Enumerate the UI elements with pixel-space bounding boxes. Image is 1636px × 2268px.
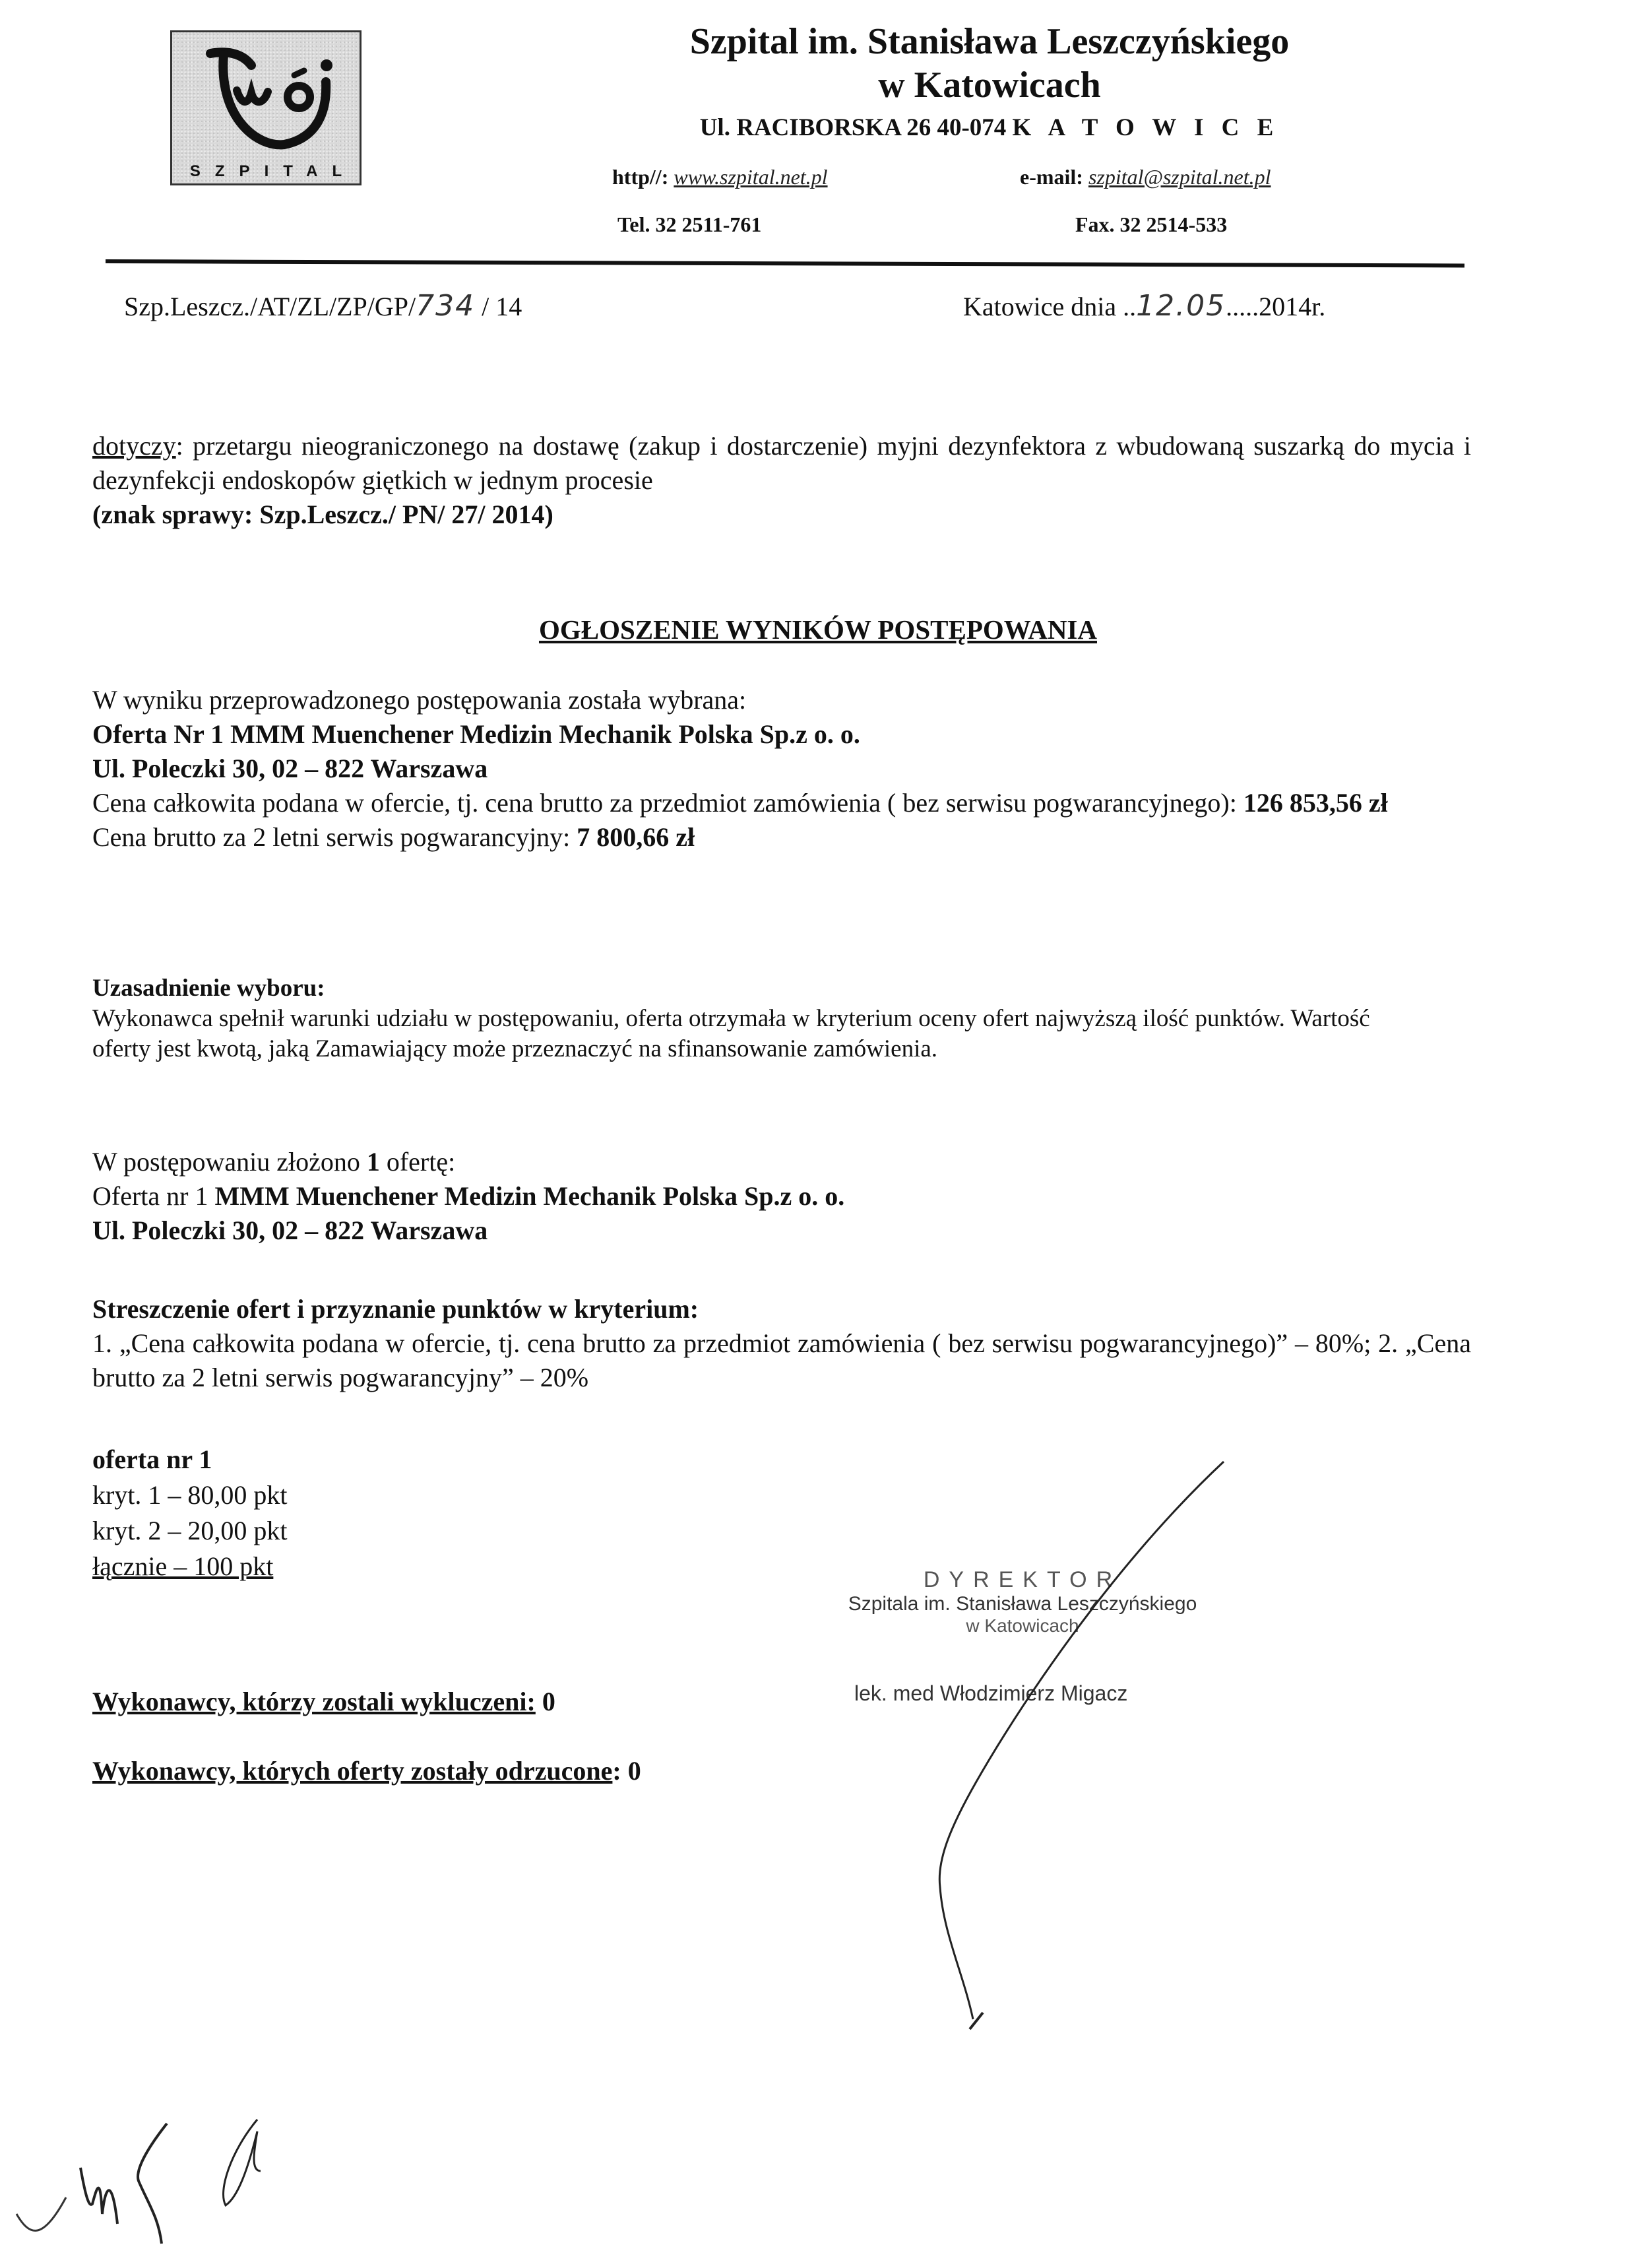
stamp-organization: Szpitala im. Stanisława Leszczyńskiego [818, 1593, 1227, 1615]
score-row: kryt. 1 – 80,00 pkt [92, 1477, 1471, 1513]
price-label: Cena całkowita podana w ofercie, tj. cen… [92, 788, 1243, 818]
signature-strokes-icon [0, 0, 1636, 2268]
reference-suffix: / 14 [475, 292, 522, 321]
result-intro: W wyniku przeprowadzonego postępowania z… [92, 683, 1471, 717]
subject-label: dotyczy [92, 431, 176, 461]
logo-wordmark: SZPITAL [172, 162, 360, 181]
twoj-smile-icon [185, 39, 350, 158]
stamp-person: lek. med Włodzimierz Migacz [818, 1681, 1227, 1706]
date-prefix: Katowice dnia .. [963, 292, 1136, 321]
case-number: (znak sprawy: Szp.Leszcz./ PN/ 27/ 2014) [92, 498, 1471, 532]
submitted-offer-address: Ul. Poleczki 30, 02 – 822 Warszawa [92, 1214, 1471, 1248]
submitted-intro: W postępowaniu złożono [92, 1147, 367, 1177]
service-price-label: Cena brutto za 2 letni serwis pogwarancy… [92, 822, 577, 852]
score-total: łącznie – 100 pkt [92, 1549, 1471, 1584]
selected-offer: Oferta Nr 1 MMM Muenchener Medizin Mecha… [92, 717, 1471, 752]
subject-text: : przetargu nieograniczonego na dostawę … [92, 431, 1471, 495]
hospital-name-line1: Szpital im. Stanisława Leszczyńskiego [594, 20, 1385, 63]
justification-section: Uzasadnienie wyboru: Wykonawca spełnił w… [92, 973, 1471, 1064]
address-city: K A T O W I C E [1013, 114, 1280, 141]
criteria-summary-section: Streszczenie ofert i przyznanie punktów … [92, 1292, 1471, 1395]
handwritten-date: 12.05 [1136, 289, 1226, 323]
stamp-title: DYREKTOR [818, 1567, 1227, 1593]
selected-offer-section: W wyniku przeprowadzonego postępowania z… [92, 683, 1471, 855]
submitted-offer-company: MMM Muenchener Medizin Mechanik Polska S… [214, 1181, 844, 1211]
score-row: kryt. 2 – 20,00 pkt [92, 1513, 1471, 1549]
letterhead-divider [106, 259, 1464, 267]
service-price-value: 7 800,66 zł [577, 822, 695, 852]
rejected-offers: Wykonawcy, których oferty zostały odrzuc… [92, 1754, 641, 1788]
website: http//: www.szpital.net.pl [612, 165, 828, 189]
excluded-count: 0 [536, 1687, 555, 1716]
justification-text: Wykonawca spełnił warunki udziału w post… [92, 1004, 1412, 1064]
address-street: Ul. RACIBORSKA 26 40-074 [700, 114, 1007, 141]
telephone: Tel. 32 2511-761 [617, 212, 761, 237]
justification-heading: Uzasadnienie wyboru: [92, 973, 1471, 1004]
submitted-offers-section: W postępowaniu złożono 1 ofertę: Oferta … [92, 1145, 1471, 1248]
hospital-logo: SZPITAL [170, 30, 362, 185]
handwritten-reference-number: 734 [416, 289, 475, 323]
submitted-offer-prefix: Oferta nr 1 [92, 1181, 214, 1211]
price-value: 126 853,56 zł [1243, 788, 1388, 818]
document-title: OGŁOSZENIE WYNIKÓW POSTĘPOWANIA [0, 614, 1636, 645]
date-suffix: .....2014r. [1226, 292, 1325, 321]
fax: Fax. 32 2514-533 [1075, 212, 1227, 237]
website-label: http//: [612, 165, 668, 189]
email-label: e-mail: [1020, 165, 1083, 189]
criteria-text: 1. „Cena całkowita podana w ofercie, tj.… [92, 1326, 1471, 1395]
website-link[interactable]: www.szpital.net.pl [674, 165, 827, 189]
reference-number: Szp.Leszcz./AT/ZL/ZP/GP/734 / 14 [124, 289, 522, 323]
subject: dotyczy: przetargu nieograniczonego na d… [92, 429, 1471, 532]
reference-prefix: Szp.Leszcz./AT/ZL/ZP/GP/ [124, 292, 416, 321]
hospital-name-line2: w Katowicach [594, 63, 1385, 107]
hospital-address: Ul. RACIBORSKA 26 40-074 K A T O W I C E [594, 113, 1385, 142]
hospital-name: Szpital im. Stanisława Leszczyńskiego w … [594, 20, 1385, 107]
email: e-mail: szpital@szpital.net.pl [1020, 165, 1271, 189]
director-stamp: DYREKTOR Szpitala im. Stanisława Leszczy… [818, 1567, 1227, 1706]
submitted-intro-suffix: ofertę: [380, 1147, 455, 1177]
selected-offer-address: Ul. Poleczki 30, 02 – 822 Warszawa [92, 752, 1471, 786]
stamp-city: w Katowicach [818, 1615, 1227, 1636]
scored-offer-label: oferta nr 1 [92, 1442, 1471, 1477]
place-and-date: Katowice dnia ..12.05.....2014r. [963, 289, 1325, 323]
email-link[interactable]: szpital@szpital.net.pl [1088, 165, 1271, 189]
scores-section: oferta nr 1 kryt. 1 – 80,00 pkt kryt. 2 … [92, 1442, 1471, 1584]
rejected-count: : 0 [612, 1756, 641, 1786]
excluded-label: Wykonawcy, którzy zostali wykluczeni: [92, 1687, 536, 1716]
rejected-label: Wykonawcy, których oferty zostały odrzuc… [92, 1756, 612, 1786]
excluded-contractors: Wykonawcy, którzy zostali wykluczeni: 0 [92, 1685, 555, 1719]
criteria-heading: Streszczenie ofert i przyznanie punktów … [92, 1292, 1471, 1326]
offer-count: 1 [367, 1147, 380, 1177]
